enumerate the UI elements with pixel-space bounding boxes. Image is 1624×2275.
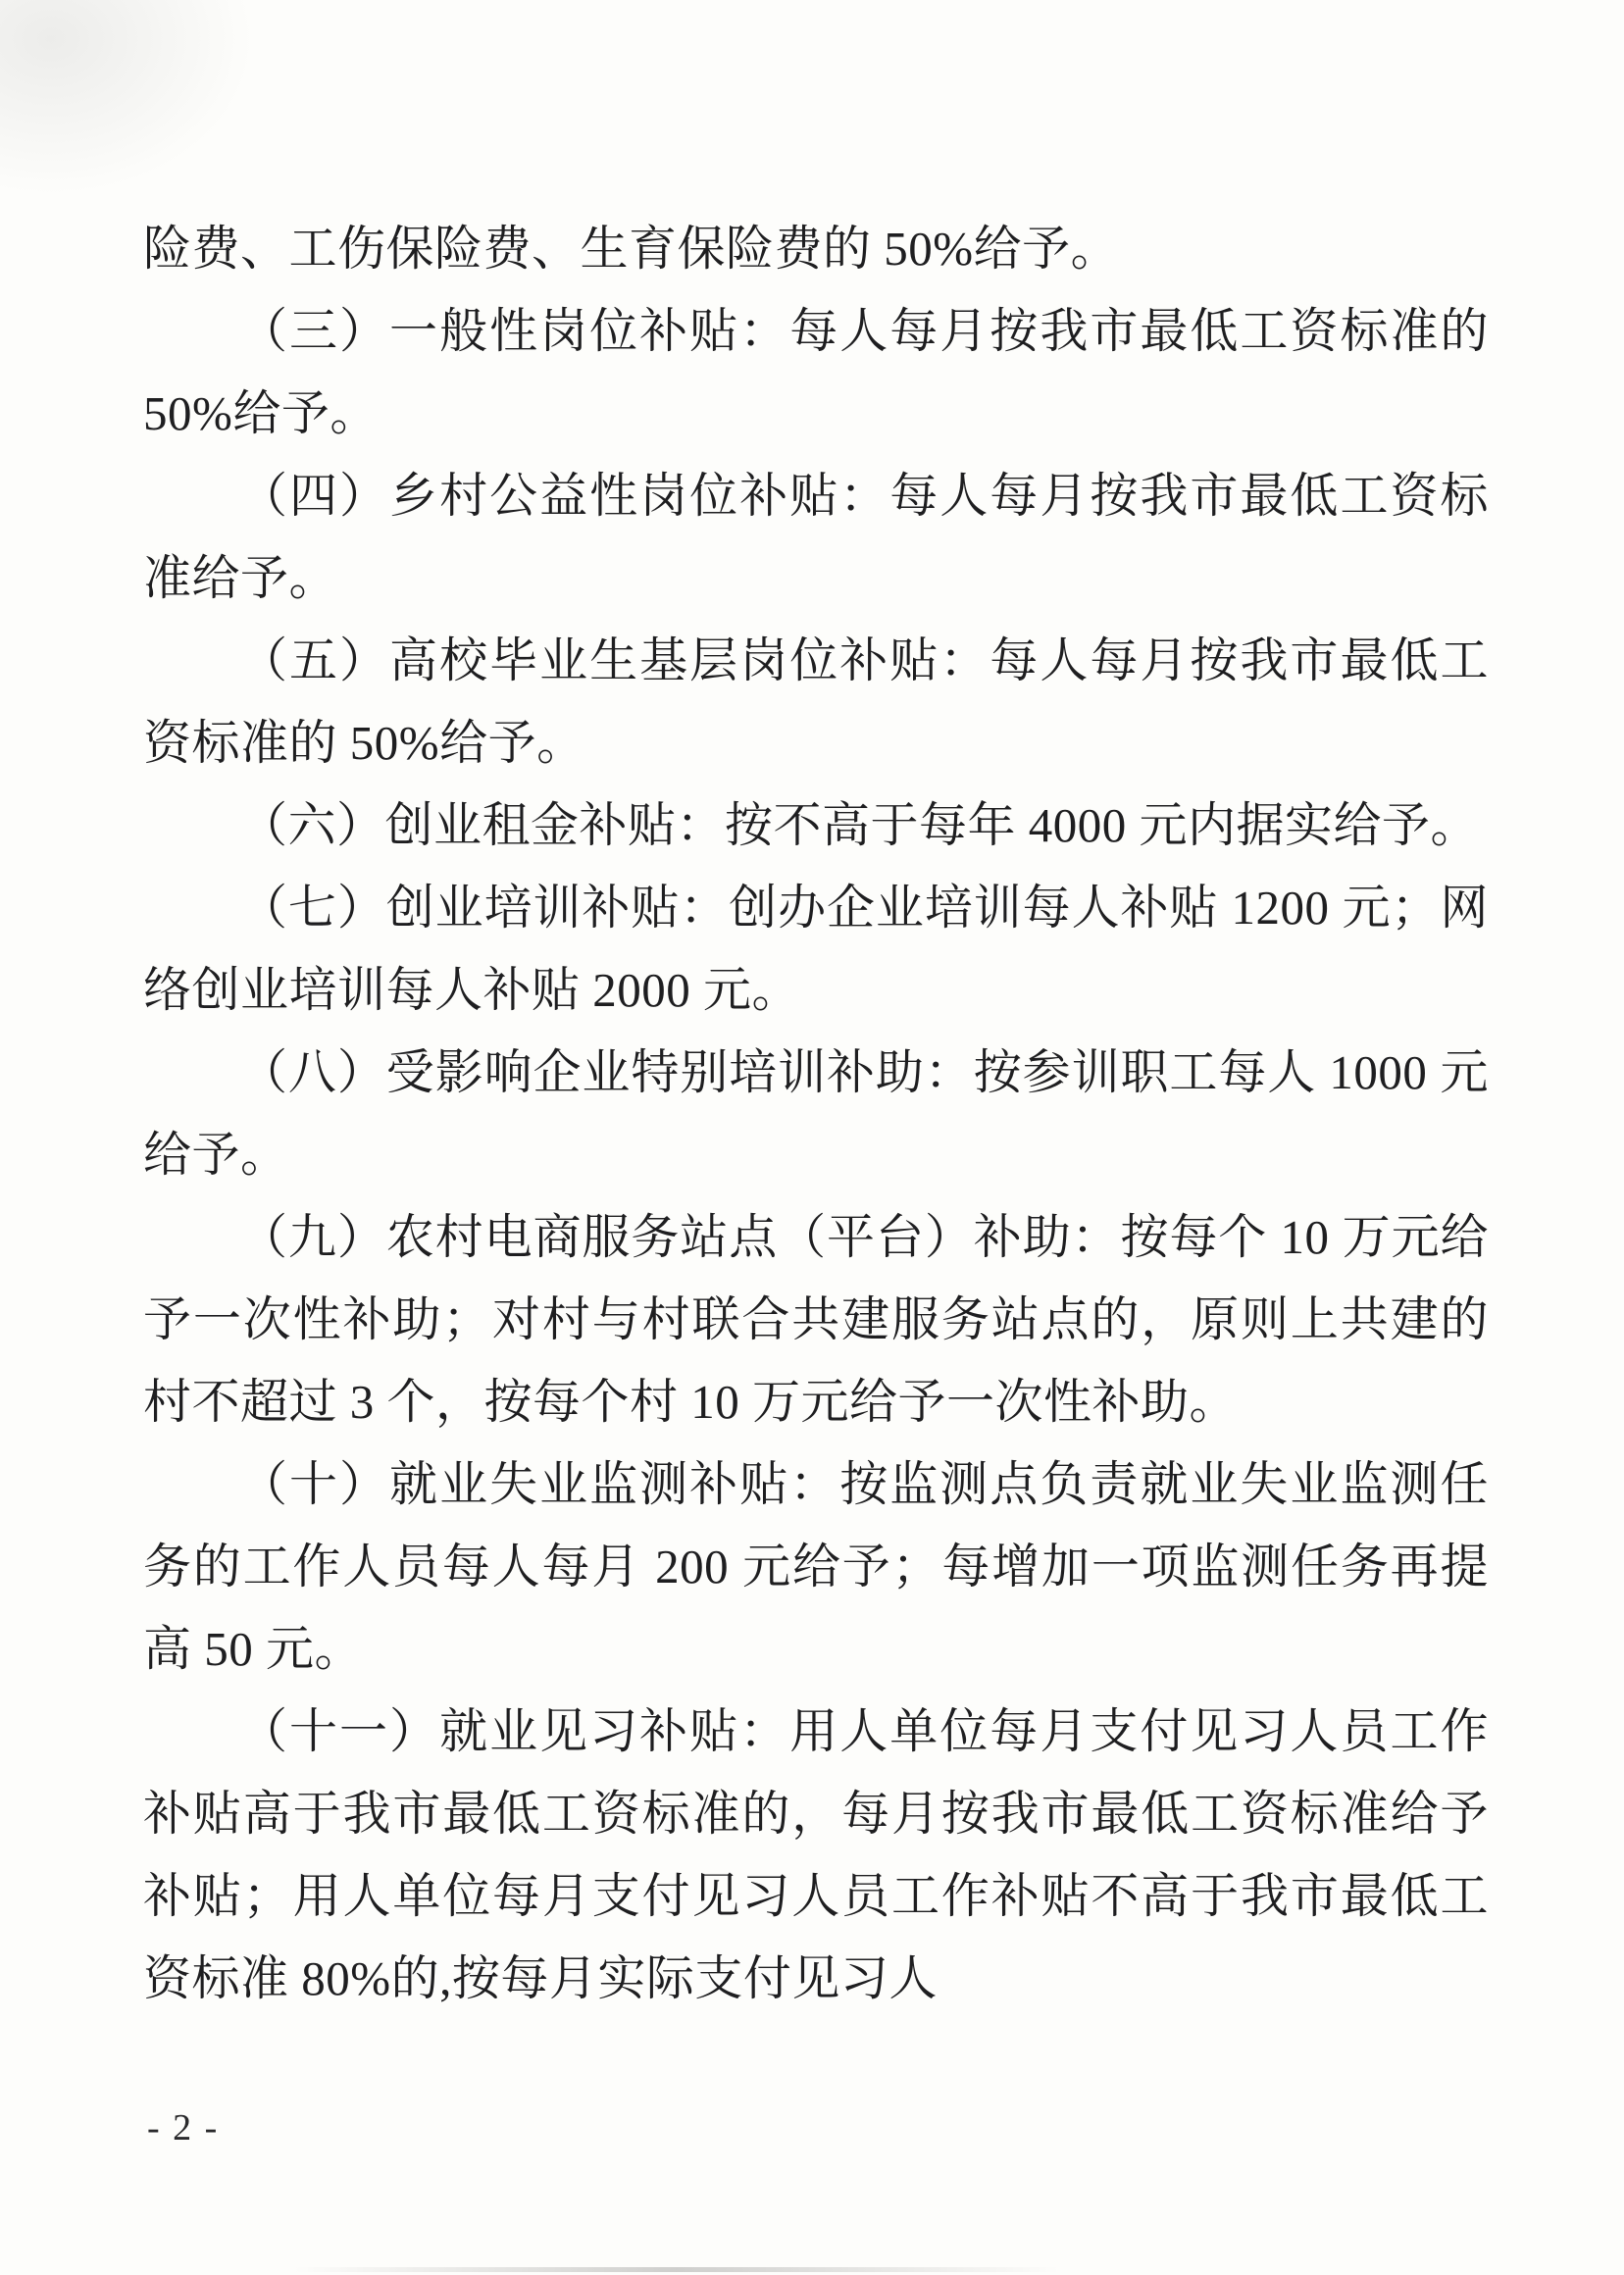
scan-bottom-edge — [294, 2267, 1059, 2272]
page-number: - 2 - — [147, 2106, 219, 2149]
paragraph: （六）创业租金补贴：按不高于每年 4000 元内据实给予。 — [143, 784, 1489, 867]
paragraph: （十）就业失业监测补贴：按监测点负责就业失业监测任务的工作人员每人每月 200 … — [143, 1443, 1489, 1691]
paragraph: 险费、工伤保险费、生育保险费的 50%给予。 — [143, 208, 1489, 290]
paragraph: （八）受影响企业特别培训补助：按参训职工每人 1000 元给予。 — [143, 1032, 1489, 1196]
paragraph: （九）农村电商服务站点（平台）补助：按每个 10 万元给予一次性补助；对村与村联… — [143, 1196, 1489, 1443]
paragraph: （五）高校毕业生基层岗位补贴：每人每月按我市最低工资标准的 50%给予。 — [143, 620, 1489, 784]
paragraph: （三）一般性岗位补贴：每人每月按我市最低工资标准的 50%给予。 — [143, 290, 1489, 455]
scan-corner-shade — [0, 0, 255, 196]
paragraph: （十一）就业见习补贴：用人单位每月支付见习人员工作补贴高于我市最低工资标准的，每… — [143, 1691, 1489, 2020]
paragraph: （四）乡村公益性岗位补贴：每人每月按我市最低工资标准给予。 — [143, 455, 1489, 620]
paragraph: （七）创业培训补贴：创办企业培训每人补贴 1200 元；网络创业培训每人补贴 2… — [143, 867, 1489, 1032]
document-page: 险费、工伤保险费、生育保险费的 50%给予。（三）一般性岗位补贴：每人每月按我市… — [0, 0, 1624, 2275]
document-body: 险费、工伤保险费、生育保险费的 50%给予。（三）一般性岗位补贴：每人每月按我市… — [143, 208, 1489, 2020]
